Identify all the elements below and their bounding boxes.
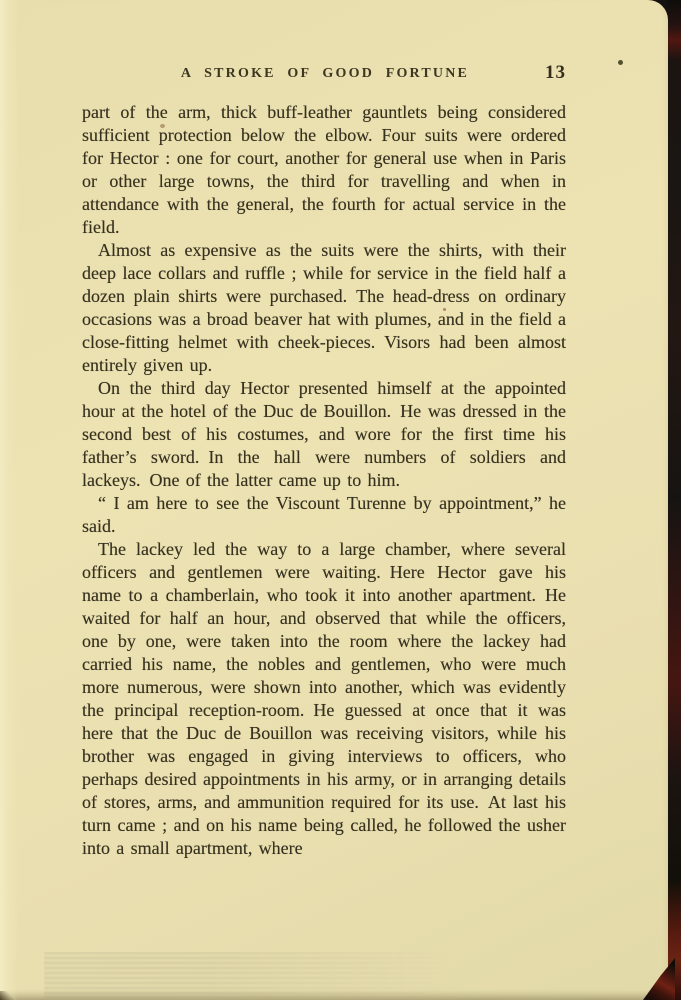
paragraph-5: The lackey led the way to a large chambe… [82, 538, 566, 860]
paragraph-1: part of the arm, thick buff-leather gaun… [82, 101, 566, 239]
paragraph-3: On the third day Hector presented himsel… [82, 377, 566, 492]
book-spine-edge [667, 0, 681, 1000]
paper-speck [618, 60, 623, 65]
paragraph-4: “ I am here to see the Viscount Turenne … [82, 492, 566, 538]
paragraph-2: Almost as expensive as the suits were th… [82, 239, 566, 377]
paper-speck [160, 124, 165, 128]
paper-speck [443, 308, 446, 311]
running-header: A STROKE OF GOOD FORTUNE [181, 66, 469, 82]
page-header: A STROKE OF GOOD FORTUNE 13 [82, 62, 568, 88]
page-text: part of the arm, thick buff-leather gaun… [82, 101, 566, 860]
page-number: 13 [545, 62, 566, 84]
scan-smudge-artifact [44, 952, 494, 998]
page-corner-shadow [0, 991, 14, 1000]
book-scan: A STROKE OF GOOD FORTUNE 13 part of the … [0, 0, 681, 1000]
book-page: A STROKE OF GOOD FORTUNE 13 part of the … [0, 0, 668, 1000]
